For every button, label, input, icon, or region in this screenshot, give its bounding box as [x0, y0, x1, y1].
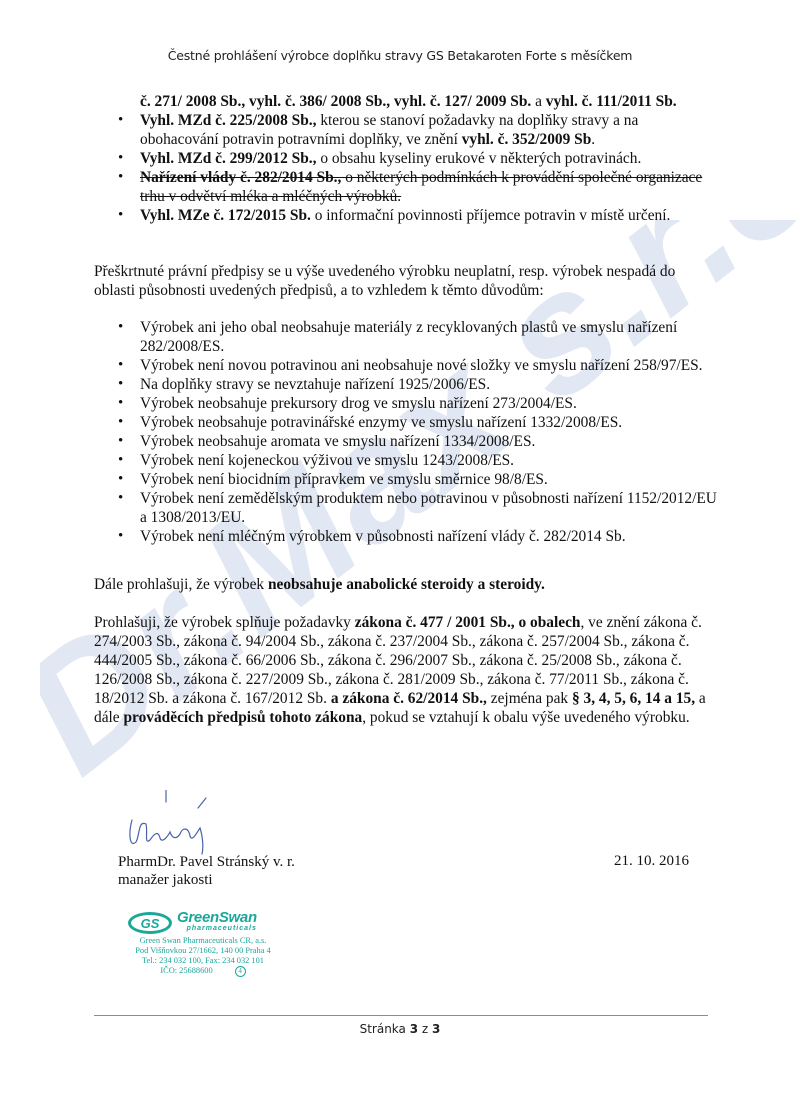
stamp-number: 4: [235, 966, 246, 977]
reason-item: Na doplňky stravy se nevztahuje nařízení…: [118, 375, 718, 394]
stamp-address: Pod Višňovkou 27/1662, 140 00 Praha 4: [128, 946, 278, 956]
stamp-ico: IČO: 256886004: [128, 966, 278, 977]
legislation-item: Vyhl. MZd č. 225/2008 Sb., kterou se sta…: [118, 111, 708, 149]
legislation-list: č. 271/ 2008 Sb., vyhl. č. 386/ 2008 Sb.…: [118, 92, 708, 225]
page-header-title: Čestné prohlášení výrobce doplňku stravy…: [0, 48, 800, 63]
document-page: Dr.Max s.r.o. Čestné prohlášení výrobce …: [0, 0, 800, 1100]
page-footer: Stránka 3 z 3: [0, 1022, 800, 1036]
current-page: 3: [410, 1022, 418, 1036]
signature-date: 21. 10. 2016: [614, 853, 689, 870]
reason-item: Výrobek není novou potravinou ani neobsa…: [118, 356, 718, 375]
reason-item: Výrobek není kojeneckou výživou ve smysl…: [118, 451, 718, 470]
reason-item: Výrobek neobsahuje prekursory drog ve sm…: [118, 394, 718, 413]
legislation-item: Vyhl. MZd č. 299/2012 Sb., o obsahu kyse…: [118, 149, 708, 168]
company-logo: GS GreenSwan pharmaceuticals: [128, 910, 298, 936]
footer-divider: [94, 1015, 708, 1016]
stamp-phone: Tel.: 234 032 100, Fax: 234 032 101: [128, 956, 278, 966]
reason-item: Výrobek není biocidním přípravkem ve smy…: [118, 470, 718, 489]
signatory-role: manažer jakosti: [118, 871, 295, 889]
steroids-statement: Dále prohlašuji, že výrobek neobsahuje a…: [94, 575, 714, 594]
stamp-company: Green Swan Pharmaceuticals CR, a.s.: [128, 936, 278, 946]
legislation-item: Vyhl. MZe č. 172/2015 Sb. o informační p…: [118, 206, 708, 225]
legislation-items: Vyhl. MZd č. 225/2008 Sb., kterou se sta…: [118, 111, 708, 225]
total-pages: 3: [432, 1022, 440, 1036]
legislation-item-struck: Nařízení vlády č. 282/2014 Sb., o někter…: [118, 168, 708, 206]
struck-explanation: Přeškrtnuté právní předpisy se u výše uv…: [94, 262, 714, 300]
reason-item: Výrobek není mléčným výrobkem v působnos…: [118, 527, 718, 546]
gs-logo-icon: GS: [128, 912, 172, 934]
reason-item: Výrobek neobsahuje potravinářské enzymy …: [118, 413, 718, 432]
reasons-list: Výrobek ani jeho obal neobsahuje materiá…: [118, 318, 718, 546]
signatory: PharmDr. Pavel Stránský v. r. manažer ja…: [118, 853, 295, 889]
legislation-continuation: č. 271/ 2008 Sb., vyhl. č. 386/ 2008 Sb.…: [118, 92, 708, 111]
signature: [118, 790, 248, 860]
packaging-statement: Prohlašuji, že výrobek splňuje požadavky…: [94, 613, 706, 727]
company-stamp: GS GreenSwan pharmaceuticals Green Swan …: [128, 910, 298, 985]
signatory-name: PharmDr. Pavel Stránský v. r.: [118, 853, 295, 871]
reason-item: Výrobek není zemědělským produktem nebo …: [118, 489, 718, 527]
reason-item: Výrobek neobsahuje aromata ve smyslu nař…: [118, 432, 718, 451]
reason-item: Výrobek ani jeho obal neobsahuje materiá…: [118, 318, 718, 356]
